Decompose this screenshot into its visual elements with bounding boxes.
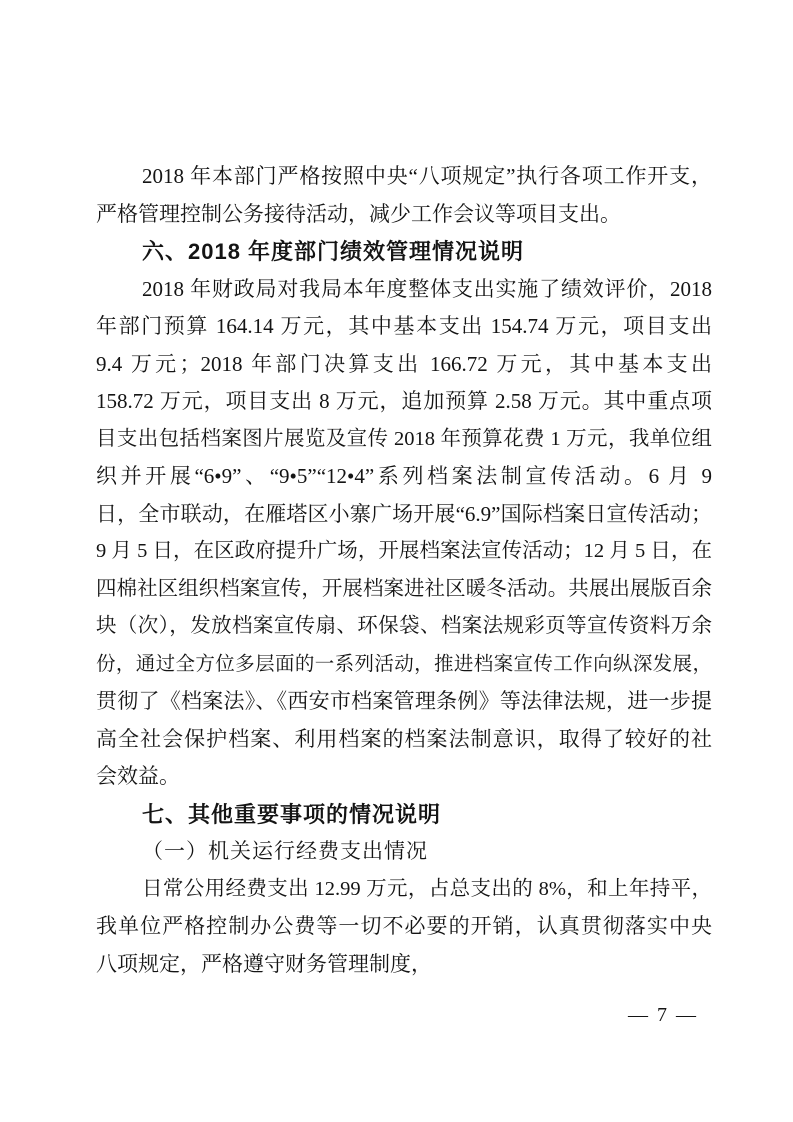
text-line: 目支出包括档案图片展览及宣传 2018 年预算花费 1 万元，我单位组 — [96, 421, 712, 459]
text-line: 年部门预算 164.14 万元，其中基本支出 154.74 万元，项目支出 — [96, 308, 712, 346]
text-line: 2018 年本部门严格按照中央“八项规定”执行各项工作开支， — [96, 158, 712, 196]
text-line: 份，通过全方位多层面的一系列活动，推进档案宣传工作向纵深发展， — [96, 646, 712, 684]
text-line: 块（次），发放档案宣传扇、环保袋、档案法规彩页等宣传资料万余 — [96, 608, 712, 646]
document-body: 2018 年本部门严格按照中央“八项规定”执行各项工作开支，严格管理控制公务接待… — [96, 158, 712, 983]
section-heading: 六、2018 年度部门绩效管理情况说明 — [96, 233, 712, 271]
text-line: 2018 年财政局对我局本年度整体支出实施了绩效评价，2018 — [96, 271, 712, 309]
text-line: 八项规定，严格遵守财务管理制度， — [96, 946, 712, 984]
text-line: 会效益。 — [96, 758, 712, 796]
text-line: 158.72 万元，项目支出 8 万元，追加预算 2.58 万元。其中重点项 — [96, 383, 712, 421]
page-number: — 7 — — [628, 1004, 698, 1027]
subsection-heading: （一）机关运行经费支出情况 — [96, 833, 712, 871]
section-heading: 七、其他重要事项的情况说明 — [96, 796, 712, 834]
text-line: 日常公用经费支出 12.99 万元，占总支出的 8%，和上年持平， — [96, 871, 712, 909]
text-line: 9 月 5 日，在区政府提升广场，开展档案法宣传活动；12 月 5 日，在 — [96, 533, 712, 571]
text-line: 9.4 万元；2018 年部门决算支出 166.72 万元，其中基本支出 — [96, 346, 712, 384]
text-line: 织并开展“6•9”、“9•5”“12•4”系列档案法制宣传活动。6 月 9 — [96, 458, 712, 496]
document-page: 2018 年本部门严格按照中央“八项规定”执行各项工作开支，严格管理控制公务接待… — [0, 0, 793, 1122]
text-line: 贯彻了《档案法》、《西安市档案管理条例》等法律法规，进一步提 — [96, 683, 712, 721]
text-line: 我单位严格控制办公费等一切不必要的开销，认真贯彻落实中央 — [96, 908, 712, 946]
text-line: 严格管理控制公务接待活动，减少工作会议等项目支出。 — [96, 196, 712, 234]
text-line: 高全社会保护档案、利用档案的档案法制意识，取得了较好的社 — [96, 721, 712, 759]
text-line: 四棉社区组织档案宣传，开展档案进社区暖冬活动。共展出展版百余 — [96, 571, 712, 609]
text-line: 日，全市联动，在雁塔区小寨广场开展“6.9”国际档案日宣传活动； — [96, 496, 712, 534]
